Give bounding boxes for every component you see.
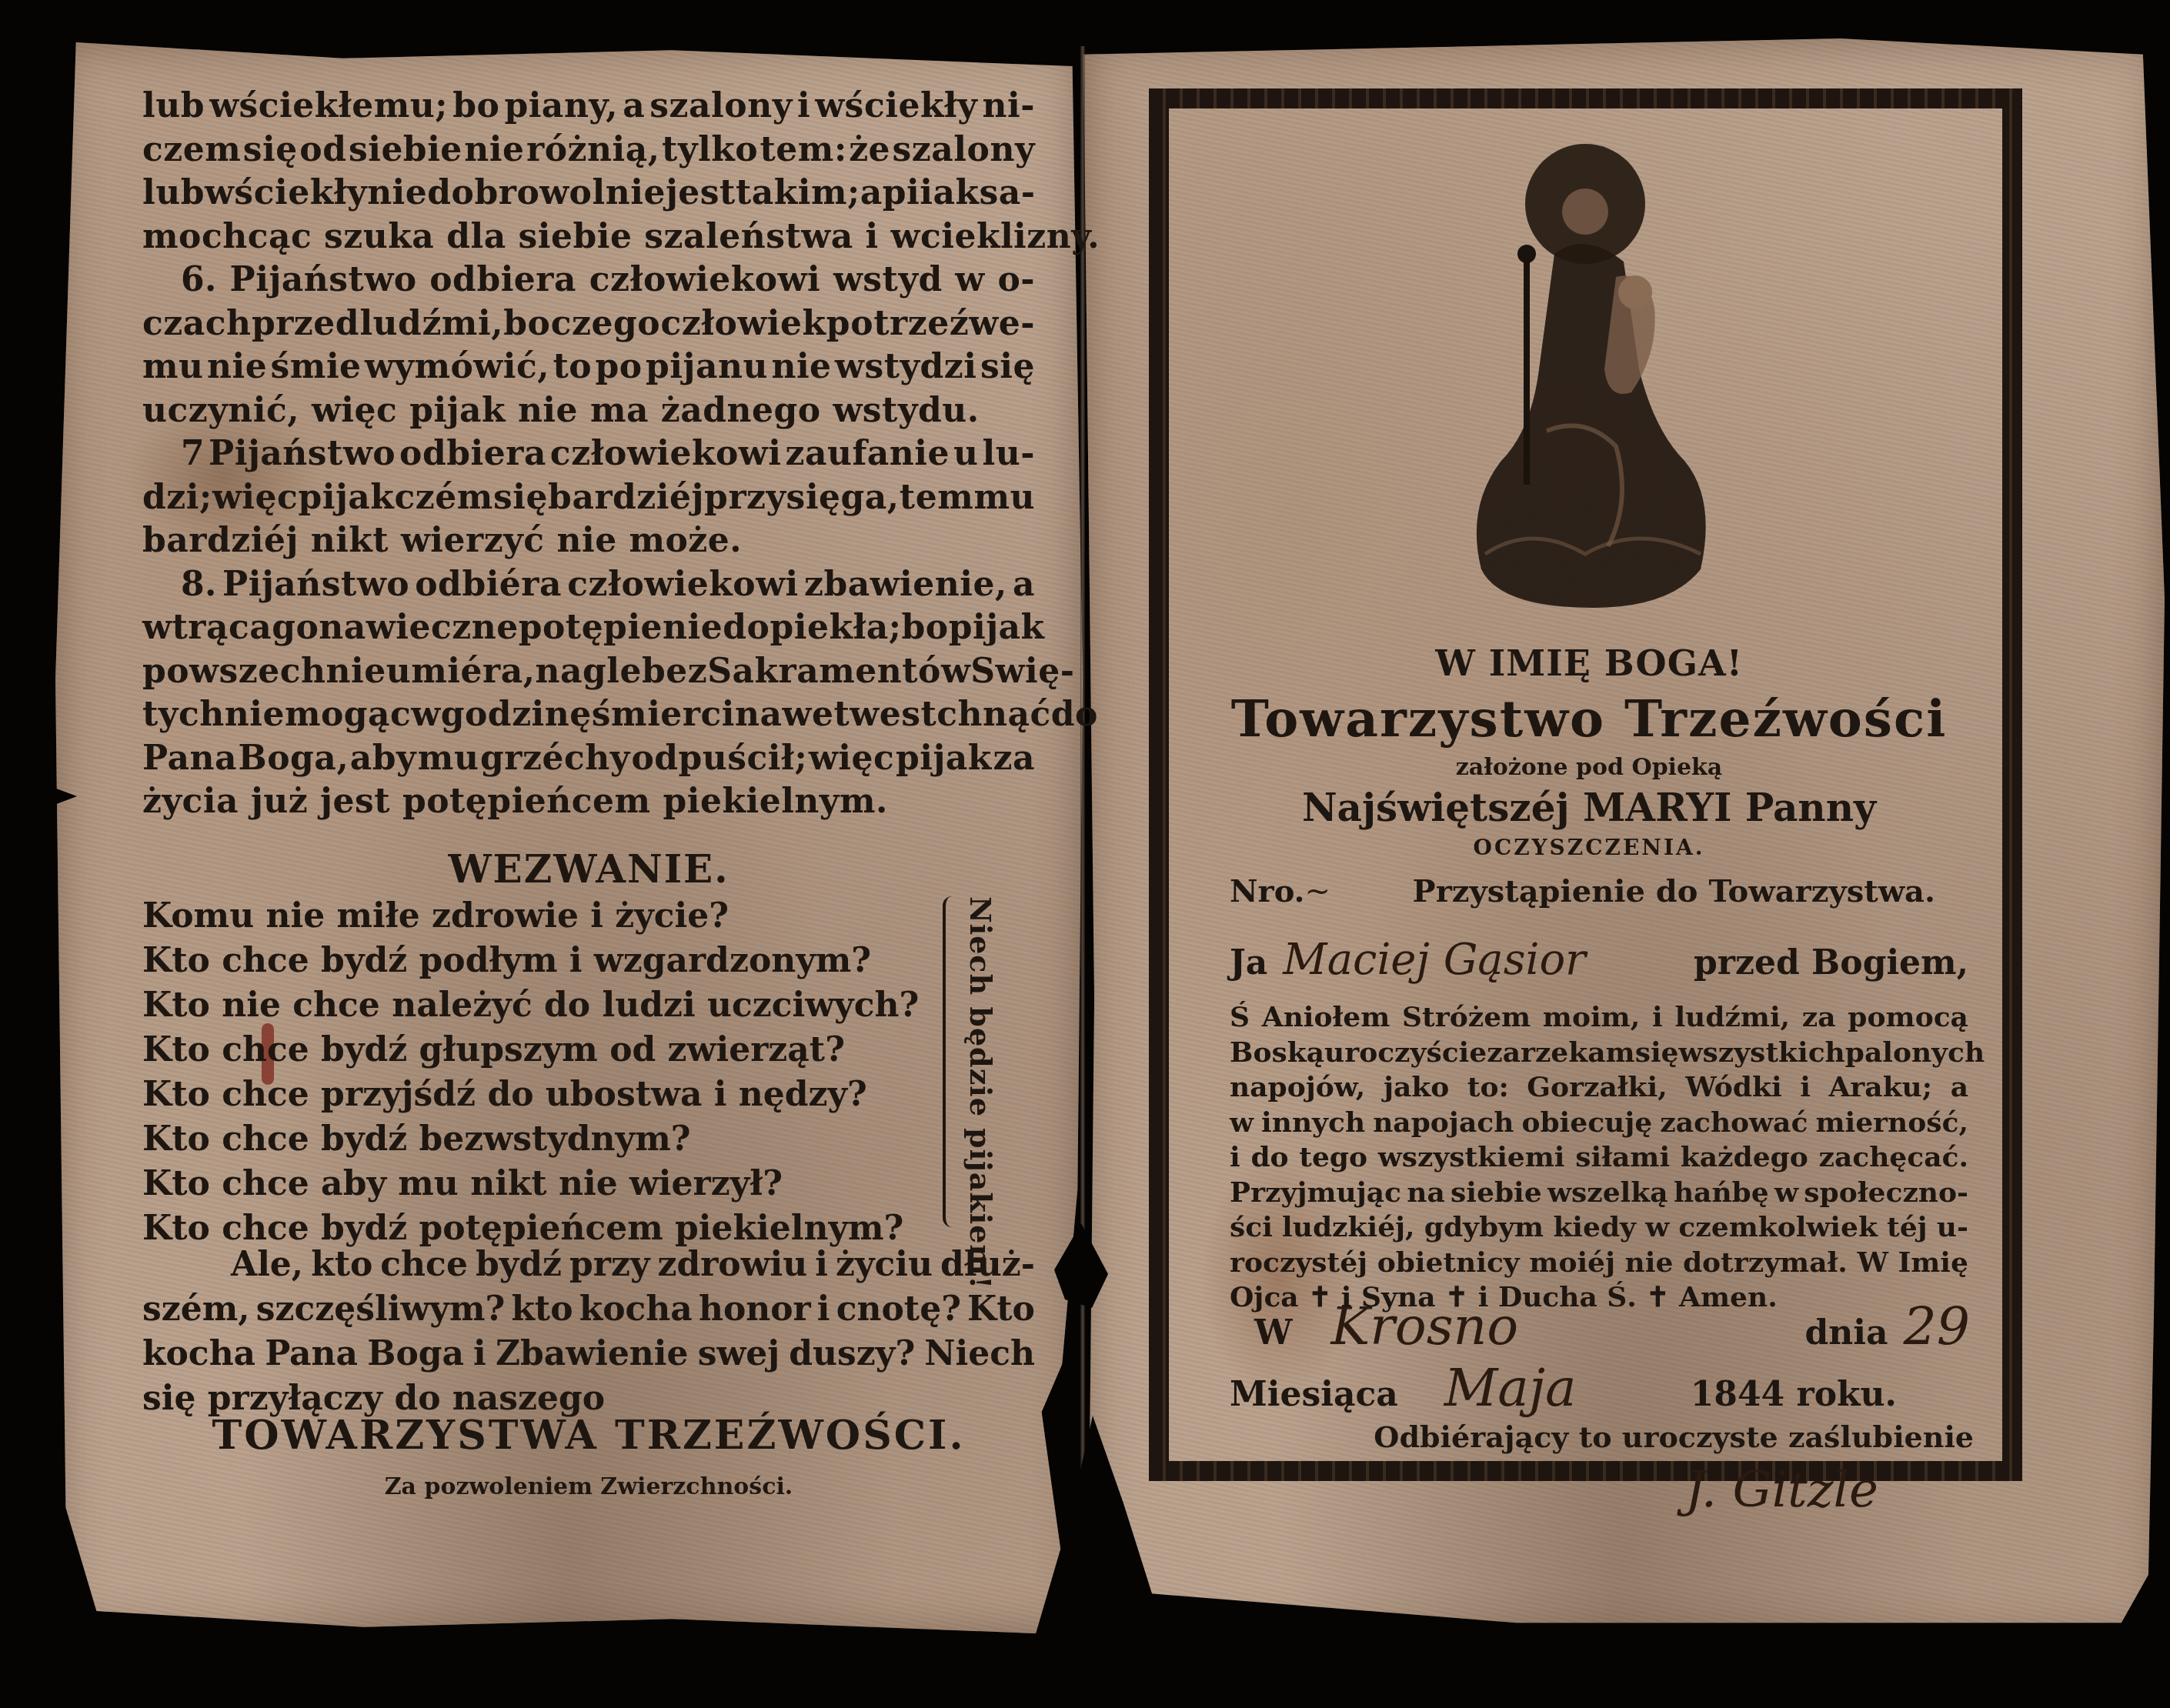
body-line: uczynić, więc pijak nie ma żadnego wstyd… <box>142 389 1035 433</box>
question-line: Kto chce bydź bezwstydnym? <box>142 1117 919 1162</box>
pledge-name-handwritten: Maciej Gąsior <box>1283 935 1694 985</box>
month-handwritten: Maja <box>1444 1358 1675 1419</box>
day-handwritten: 29 <box>1903 1296 1970 1357</box>
permission-line: Za pozwoleniem Zwierzchności. <box>142 1473 1035 1500</box>
body-line: 8.Pijaństwoodbiéraczłowiekowizbawienie,a <box>142 563 1035 607</box>
madonna-and-child-icon <box>1439 138 1747 615</box>
pledge-line: napojów,jakoto:Gorzałki,WódkiiAraku;a <box>1230 1070 1968 1106</box>
body-line: powszechnieumiéra,naglebezSakramentówSwi… <box>142 650 1035 694</box>
body-line: 6.Pijaństwoodbieraczłowiekowiwstydwo- <box>142 259 1035 302</box>
patron-feast: OCZYSZCZENIA. <box>1200 835 1978 860</box>
body-line: PanaBoga,abymugrzéchyodpuścił;więcpijakz… <box>142 737 1035 781</box>
closing-paragraph: Ale,ktochcebydźprzyzdrowiuiżyciudłuż-szé… <box>142 1243 1035 1421</box>
pledge-line: ściludzkiéj,gdybymkiedywczemkolwiektéju- <box>1230 1210 1968 1246</box>
body-line: tychniemogącwgodzinęśmiercinawetwestchną… <box>142 693 1035 737</box>
question-line: Kto chce aby mu nikt nie wierzył? <box>142 1162 919 1206</box>
body-line: mochcąc szuka dla siebie szaleństwa i wc… <box>142 215 1035 259</box>
body-line: dzi;więcpijakczémsiębardziéjprzysięga,te… <box>142 476 1035 520</box>
body-line: czachprzedludźmi,boczegoczłowiekpotrzeźw… <box>142 302 1035 346</box>
month-label: Miesiąca <box>1230 1375 1398 1414</box>
pledge-line: idotegowszystkiemisiłamikażdegozachęcać. <box>1230 1140 1968 1176</box>
patron-name: Najświętszéj MARYI Panny <box>1200 785 1978 830</box>
founded-under: założone pod Opieką <box>1200 754 1978 781</box>
day-label: dnia <box>1804 1313 1888 1353</box>
body-line: lubwściekłemu;bopiany,aszalonyiwściekłyn… <box>142 85 1035 128</box>
pledge-name-row: Ja Maciej Gąsior przed Bogiem, <box>1230 935 1968 985</box>
body-line: lubwściekłyniedobrowolniejesttakim;apiia… <box>142 172 1035 215</box>
pledge-text: ŚAniołemStróżemmoim,iludźmi,zapomocąBosk… <box>1230 1000 1968 1316</box>
body-line: bardziéj nikt wierzyć nie może. <box>142 519 1035 563</box>
month-year-row: Miesiąca Maja 1844 roku. <box>1230 1358 1945 1419</box>
body-line: wtrącagonawiecznepotępieniedopiekła;bopi… <box>142 606 1035 650</box>
closing-line: kochaPanaBogaiZbawienieswejduszy?Niech <box>142 1332 1035 1376</box>
receiver-signature: J. Gitzle <box>1685 1462 1878 1519</box>
place-date-row: W Krosno dnia 29 <box>1254 1296 1970 1357</box>
question-line: Kto nie chce należyć do ludzi uczciwych? <box>142 983 919 1028</box>
pledge-line: ŚAniołemStróżemmoim,iludźmi,zapomocą <box>1230 1000 1968 1036</box>
nro-label: Nro. <box>1230 873 1305 909</box>
pledge-line: Przyjmującnasiebiewszelkąhańbęwspołeczno… <box>1230 1176 1968 1211</box>
place-label: W <box>1254 1313 1292 1353</box>
question-line: Kto chce przyjśdź do ubostwa i nędzy? <box>142 1073 919 1117</box>
question-list: Komu nie miłe zdrowie i życie?Kto chce b… <box>142 894 919 1251</box>
heading-in-gods-name: W IMIĘ BOGA! <box>1200 642 1978 684</box>
question-line: Kto chce bydź podłym i wzgardzonym? <box>142 939 919 983</box>
closing-title: TOWARZYSTWA TRZEŹWOŚCI. <box>142 1412 1035 1459</box>
body-line: życia już jest potępieńcem piekielnym. <box>142 780 1035 824</box>
pledge-line: winnychnapojachobiecujęzachowaćmierność, <box>1230 1106 1968 1141</box>
pledge-line: Boskąuroczyściezarzekamsięwszystkichpalo… <box>1230 1036 1968 1071</box>
pledge-line: roczystéjobietnicymoiéjniedotrzymał.WImi… <box>1230 1246 1968 1281</box>
number-row: Nro. ~ Przystąpienie do Towarzystwa. <box>1230 873 1968 909</box>
left-body-text: lubwściekłemu;bopiany,aszalonyiwściekłyn… <box>142 85 1035 824</box>
admission-label: Przystąpienie do Towarzystwa. <box>1413 873 1935 909</box>
question-line: Komu nie miłe zdrowie i życie? <box>142 894 919 939</box>
page-fold <box>1080 46 1085 1623</box>
body-line: 7Pijaństwoodbieraczłowiekowizaufanieulu- <box>142 432 1035 476</box>
receiver-label: Odbiérający to uroczyste zaślubienie <box>1366 1419 1974 1454</box>
year-text: 1844 roku. <box>1691 1375 1897 1414</box>
closing-line: Ale,ktochcebydźprzyzdrowiuiżyciudłuż- <box>142 1243 1035 1287</box>
society-title: Towarzystwo Trzeźwości <box>1200 689 1978 749</box>
place-handwritten: Krosno <box>1330 1296 1804 1357</box>
curly-brace <box>943 896 956 1227</box>
pledge-prefix: Ja <box>1230 943 1267 982</box>
wezwanie-heading: WEZWANIE. <box>142 846 1035 892</box>
pledge-suffix: przed Bogiem, <box>1694 943 1968 982</box>
question-line: Kto chce bydź głupszym od zwierząt? <box>142 1028 919 1073</box>
body-line: munieśmiewymówić,topopijanuniewstydzisię <box>142 345 1035 389</box>
nro-handwritten-value: ~ <box>1305 873 1413 909</box>
body-line: czemsięodsiebienieróżnią,tylkotem:żeszal… <box>142 128 1035 172</box>
closing-line: szém,szczęśliwym?ktokochahonoricnotę?Kto <box>142 1287 1035 1332</box>
vertical-note: Niech będzie pijakiem! <box>963 896 998 1289</box>
